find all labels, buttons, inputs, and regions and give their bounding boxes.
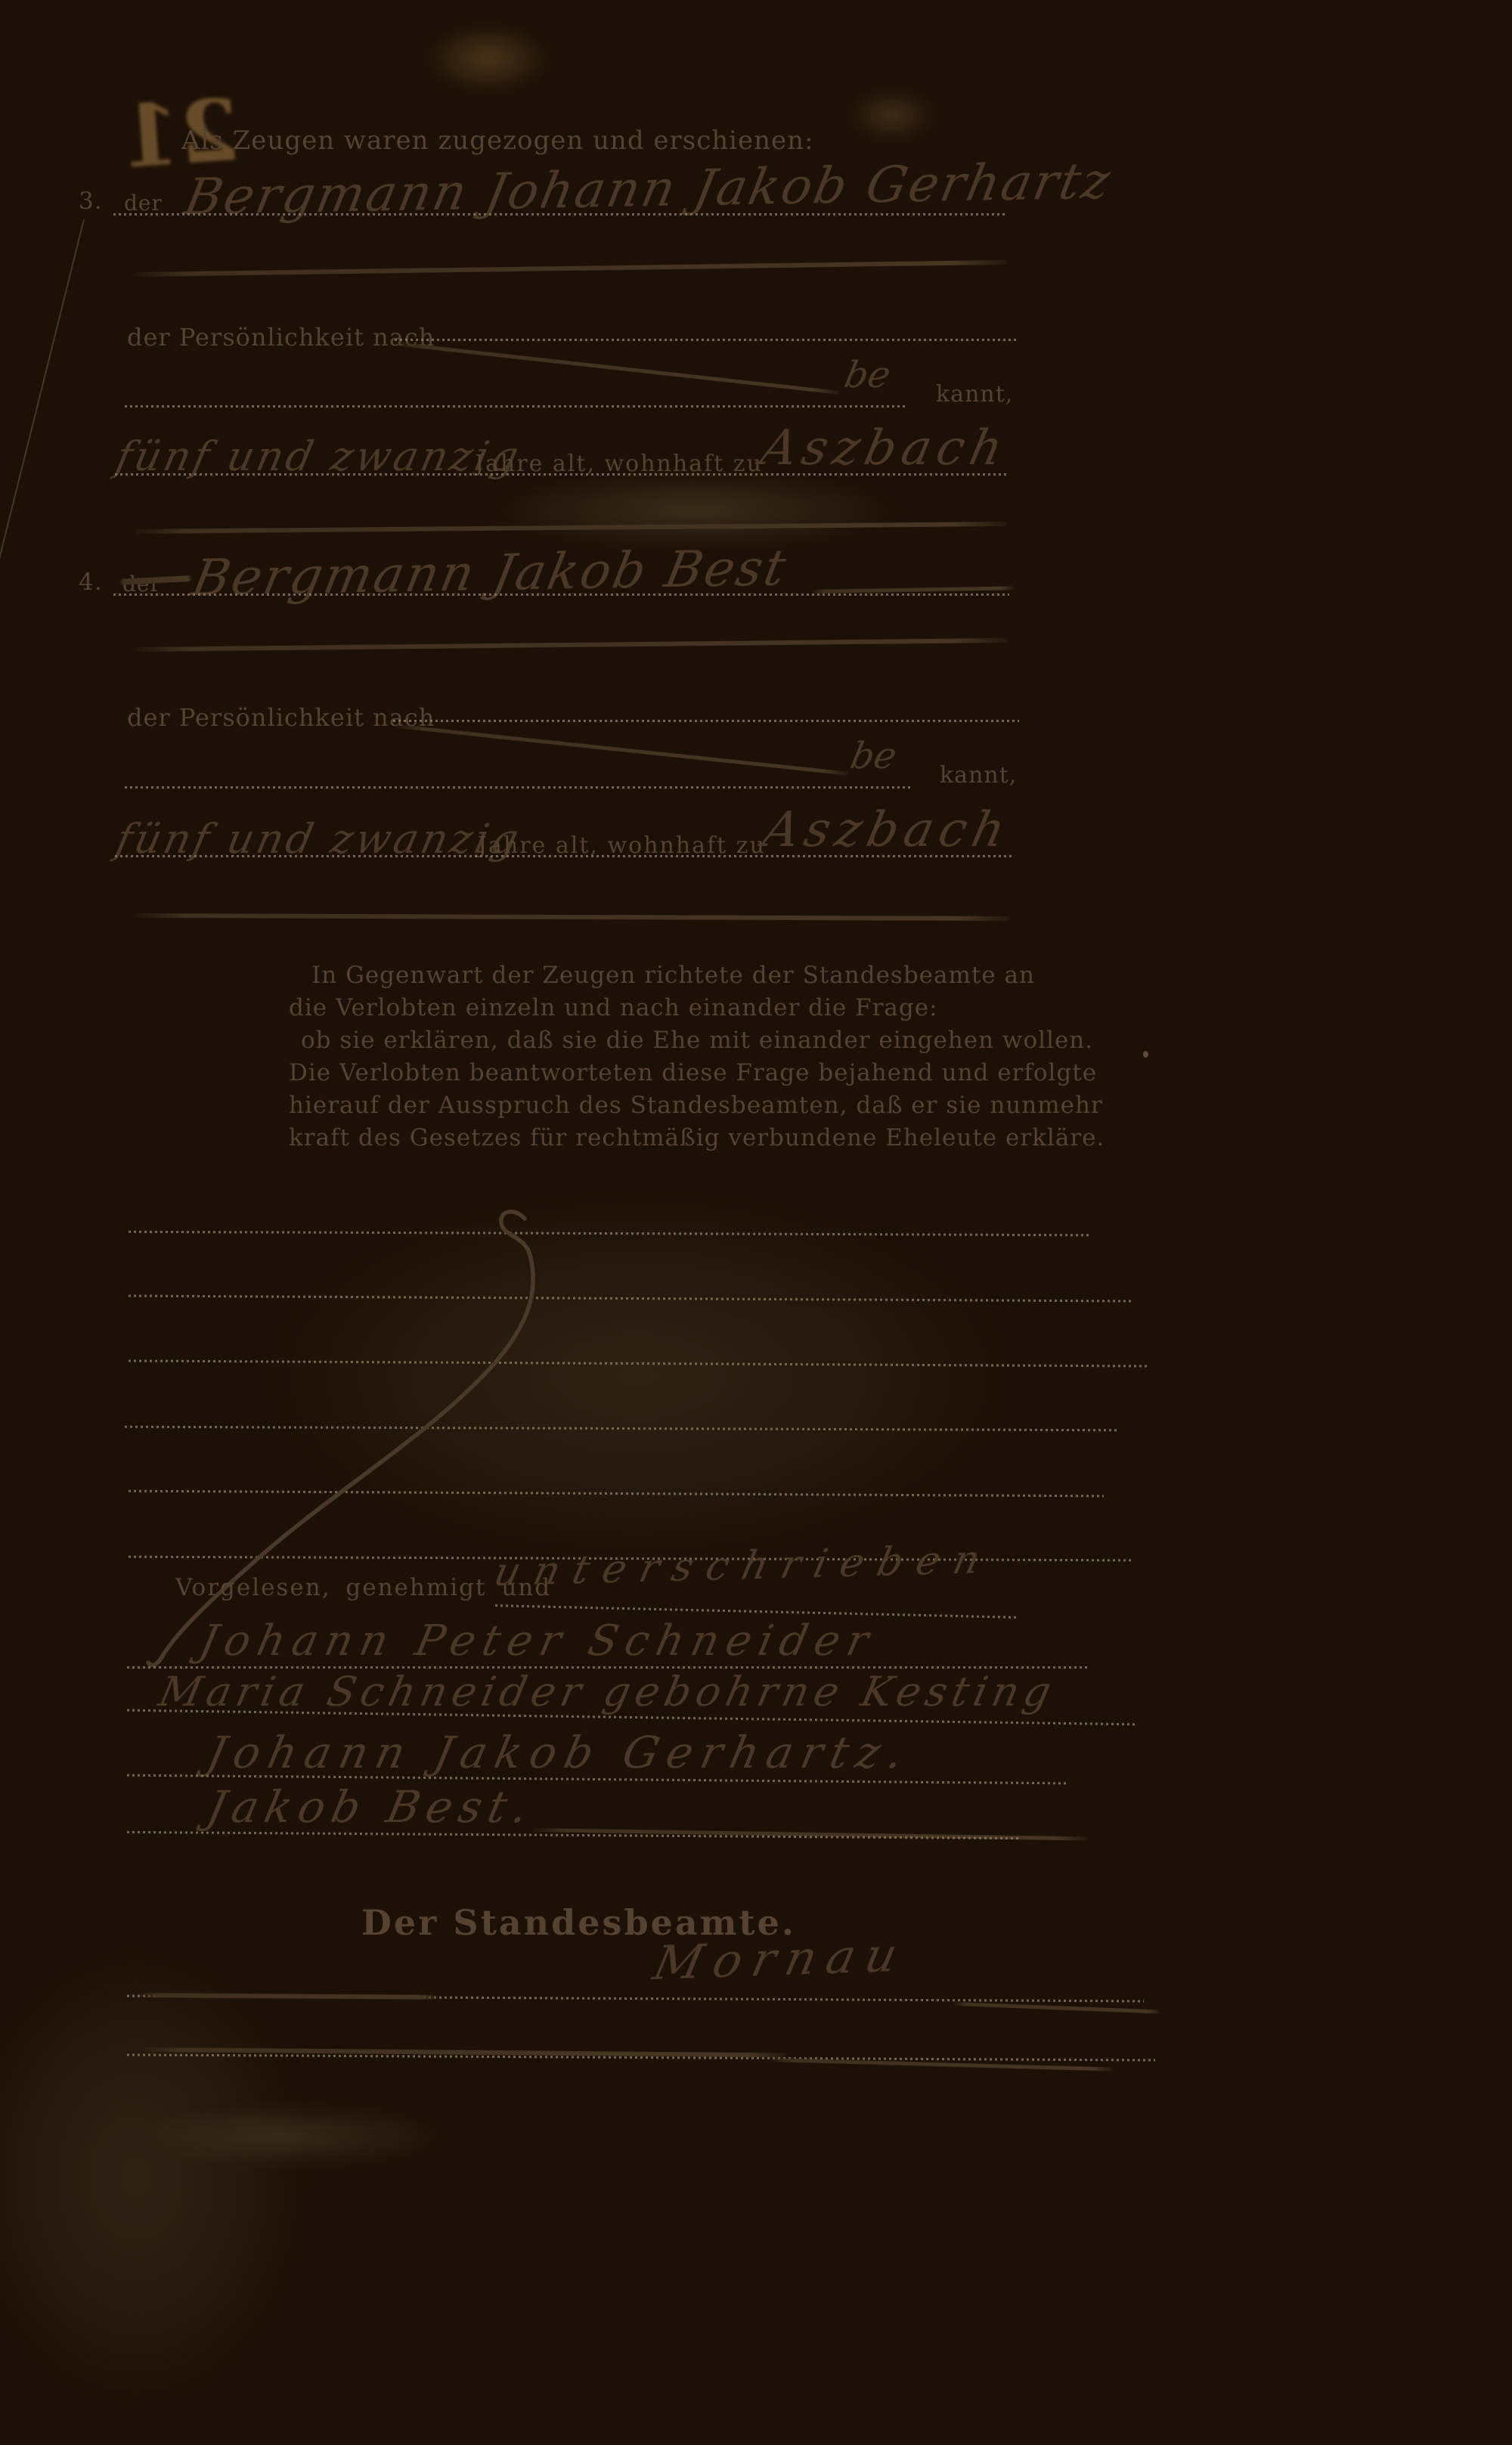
witnesses-heading: Als Zeugen waren zugezogen und erschiene… bbox=[181, 126, 814, 156]
ink-bleed-through bbox=[136, 2102, 454, 2170]
ruled-line bbox=[113, 213, 1005, 215]
cross-out-stroke bbox=[136, 522, 1007, 534]
ink-speck bbox=[1143, 1051, 1148, 1058]
witness4-residence-handwriting: Aszbach bbox=[758, 802, 1016, 858]
ruled-line bbox=[129, 1490, 1104, 1498]
signature-witness4: Jakob Best. bbox=[203, 1781, 539, 1833]
declaration-line: ob sie erklären, daß sie die Ehe mit ein… bbox=[301, 1027, 1093, 1054]
paper-stain bbox=[0, 1935, 318, 2419]
cancellation-diagonal bbox=[395, 342, 840, 395]
ruled-line bbox=[115, 855, 1015, 857]
ruled-line bbox=[129, 1231, 1089, 1236]
signature-groom: Johann Peter Schneider bbox=[195, 1616, 881, 1666]
cancellation-diagonal bbox=[397, 724, 848, 776]
ruled-line bbox=[129, 1359, 1149, 1367]
witness4-identity-handwriting: be bbox=[847, 735, 900, 777]
closing-handwriting: unterschrieben bbox=[490, 1537, 998, 1595]
ruled-line bbox=[129, 1295, 1134, 1303]
witness4-identity-label: der Persönlichkeit nach bbox=[127, 703, 435, 732]
paper-stain bbox=[423, 23, 552, 95]
witness3-number: 3. bbox=[79, 187, 103, 215]
ruled-line bbox=[125, 405, 907, 407]
ink-bleed-through bbox=[242, 1179, 1036, 1573]
witness4-number: 4. bbox=[79, 569, 103, 596]
paper-stain bbox=[847, 87, 937, 144]
ruled-line bbox=[393, 720, 1019, 722]
ruled-line bbox=[395, 339, 1016, 341]
ink-bleed-through bbox=[484, 469, 907, 552]
witness3-identity-handwriting: be bbox=[841, 354, 894, 396]
signature-bride: Maria Schneider gebohrne Kesting bbox=[155, 1668, 1061, 1715]
ruled-line bbox=[125, 786, 911, 789]
scratch-mark bbox=[0, 219, 85, 689]
witness3-article: der bbox=[124, 191, 163, 215]
witness4-identity-suffix: kannt, bbox=[940, 762, 1017, 789]
cross-out-stroke bbox=[141, 1993, 437, 2000]
cross-out-stroke bbox=[136, 638, 1007, 652]
cross-out-stroke bbox=[954, 2002, 1160, 2013]
cross-out-stroke bbox=[136, 260, 1007, 277]
declaration-line: Die Verlobten beantworteten diese Frage … bbox=[289, 1059, 1097, 1086]
witness3-residence-handwriting: Aszbach bbox=[756, 420, 1014, 476]
declaration-line: hierauf der Ausspruch des Standesbeamten… bbox=[289, 1092, 1103, 1119]
witness3-identity-label: der Persönlichkeit nach bbox=[127, 323, 435, 352]
declaration-line: kraft des Gesetzes für rechtmäßig verbun… bbox=[289, 1124, 1105, 1151]
cancellation-curve bbox=[0, 0, 1512, 2445]
cross-out-stroke bbox=[136, 913, 1010, 921]
line-fill-stroke bbox=[813, 586, 1014, 593]
declaration-line: die Verlobten einzeln und nach einander … bbox=[289, 994, 938, 1021]
witness3-identity-suffix: kannt, bbox=[936, 381, 1013, 407]
ruled-line bbox=[125, 1426, 1119, 1432]
declaration-line: In Gegenwart der Zeugen richtete der Sta… bbox=[311, 962, 1035, 989]
witness4-name-handwriting: Bergmann Jakob Best bbox=[187, 538, 793, 607]
signature-witness3: Johann Jakob Gerhartz. bbox=[203, 1727, 916, 1778]
ruled-line bbox=[115, 473, 1007, 476]
registrar-signature: Mornau bbox=[649, 1926, 913, 1991]
registry-book-scan: 21 Als Zeugen waren zugezogen und erschi… bbox=[0, 0, 1512, 2445]
ruled-line bbox=[113, 593, 1009, 596]
